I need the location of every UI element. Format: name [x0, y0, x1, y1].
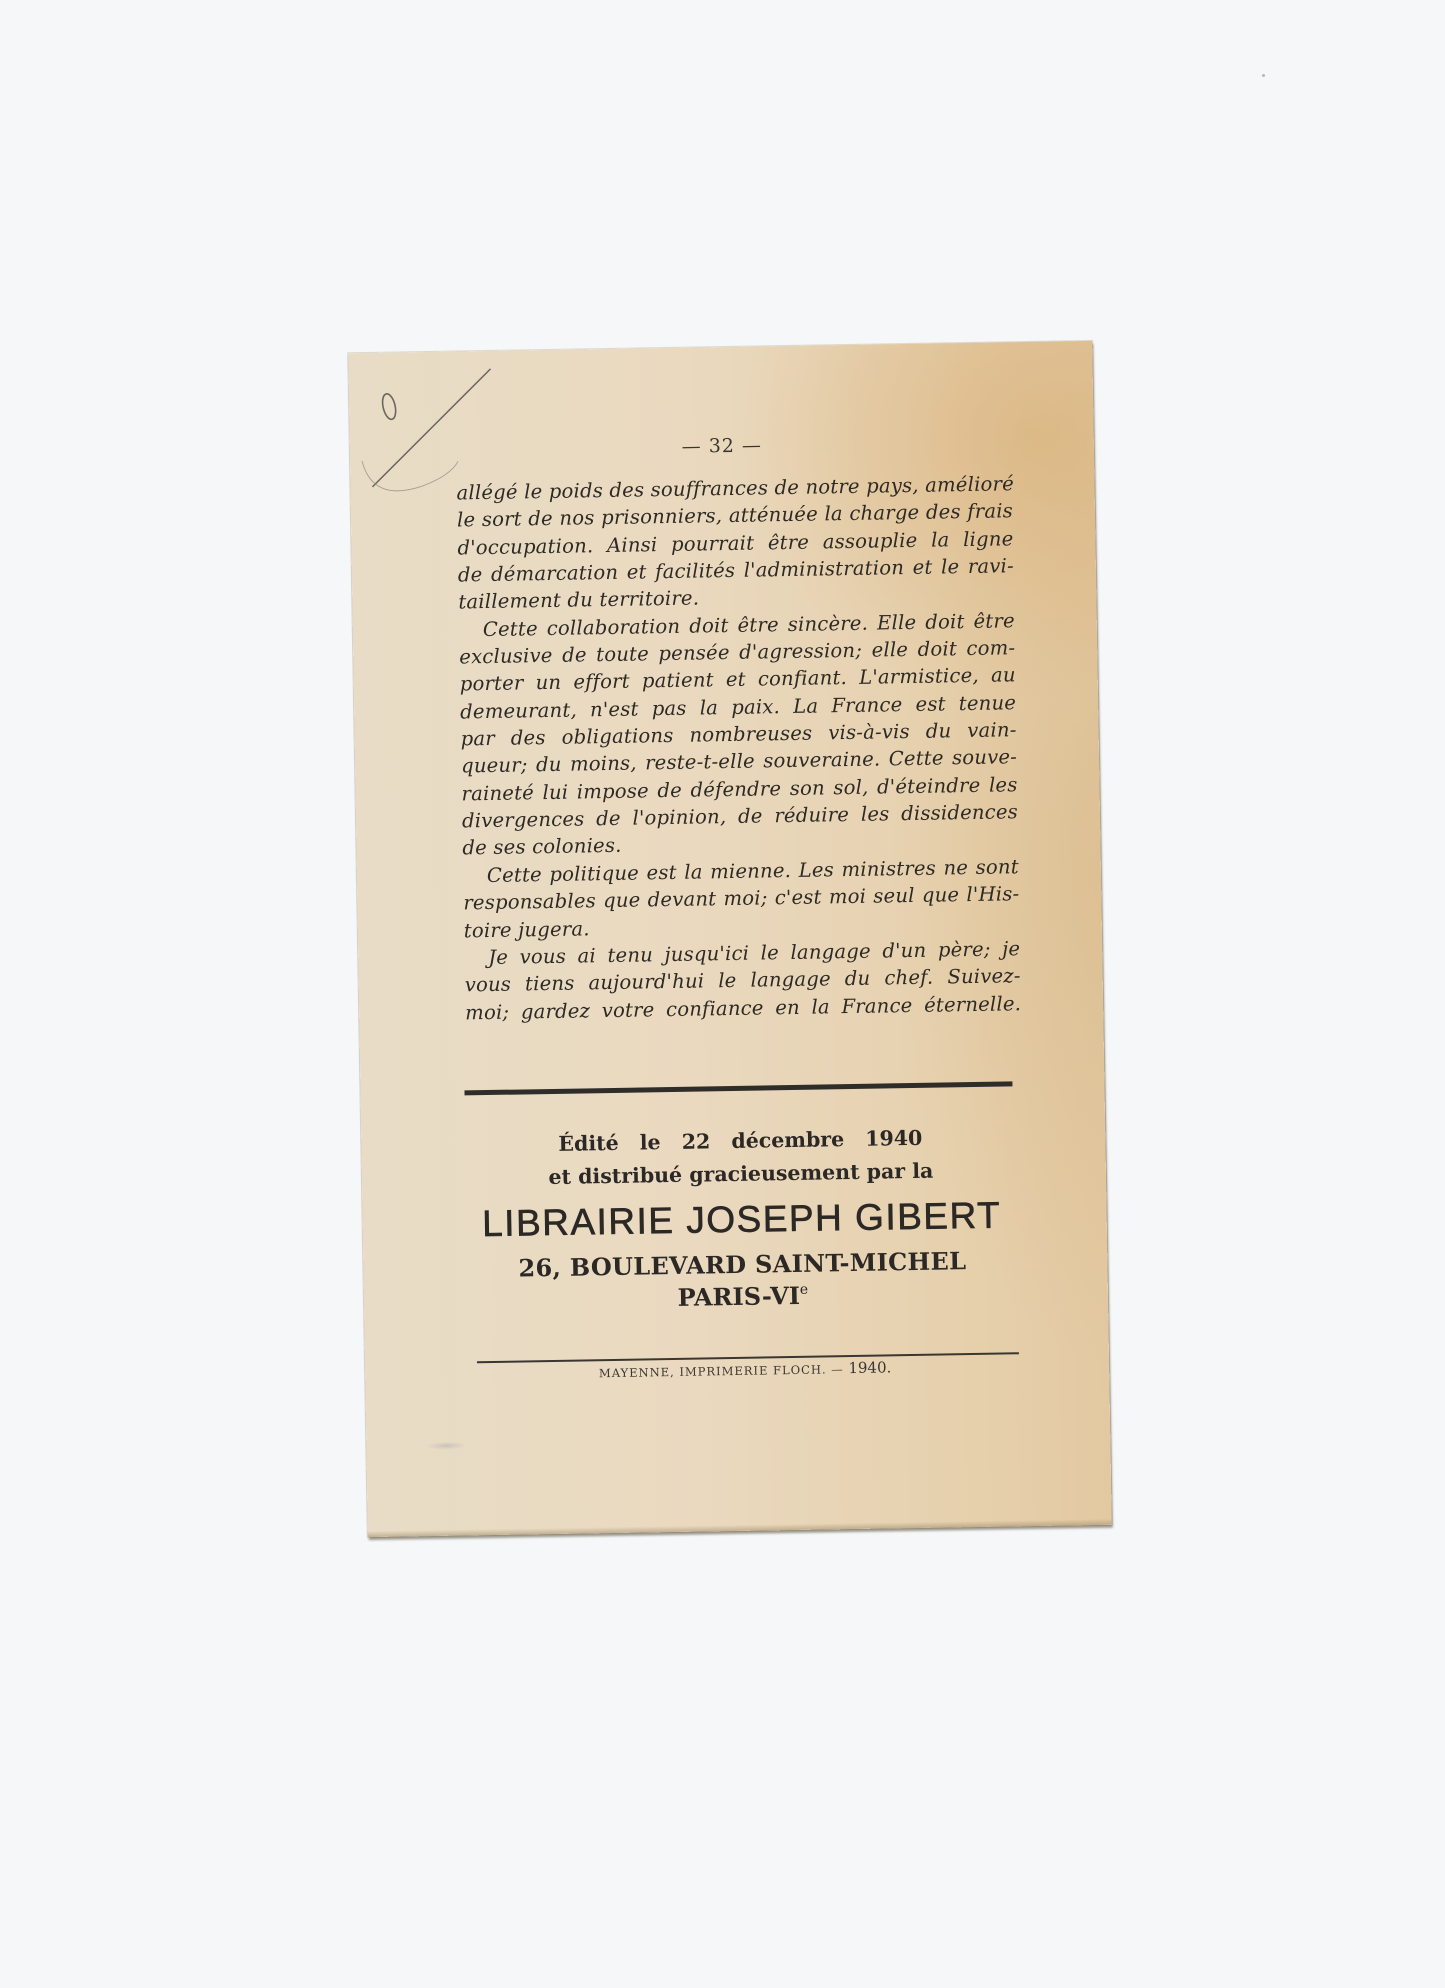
distribution-line: et distribué gracieusement par la — [458, 1157, 1024, 1190]
scan-speck — [1262, 74, 1265, 77]
printer-name: MAYENNE, IMPRIMERIE FLOCH. — — [599, 1362, 844, 1380]
booklet-page: — 32 — allégé le poids des souffrances d… — [348, 341, 1112, 1537]
thick-divider — [464, 1081, 1012, 1095]
body-text: allégé le poids des souffrances de notre… — [456, 470, 1021, 1026]
ink-smudge — [426, 1441, 466, 1450]
publisher-city: PARIS-VIe — [460, 1277, 1026, 1315]
city-superscript: e — [800, 1282, 809, 1298]
page-number: — 32 — — [350, 429, 1094, 463]
city-name: PARIS-VI — [677, 1281, 800, 1312]
printer-year: 1940. — [848, 1358, 891, 1377]
edition-date-line: Édité le 22 décembre 1940 — [457, 1124, 1023, 1157]
publisher-name: LIBRAIRIE JOSEPH GIBERT — [458, 1194, 1025, 1245]
